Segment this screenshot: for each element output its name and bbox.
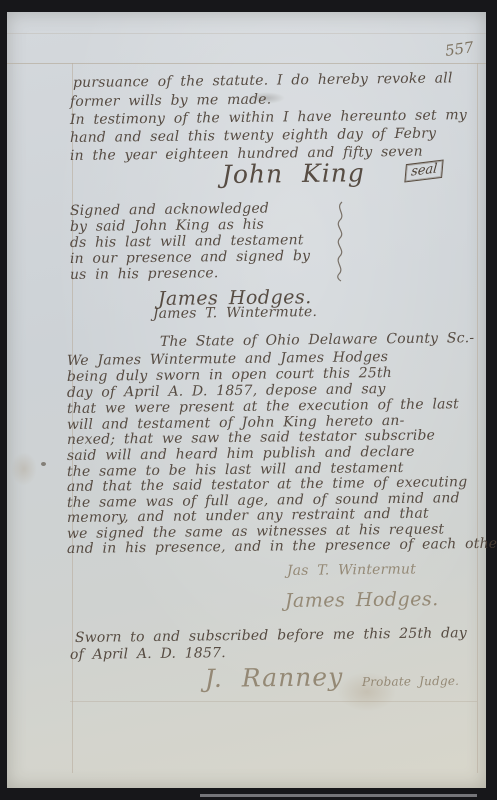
manuscript-line: in our presence and signed by [70,248,311,267]
witness-signature: James T. Wintermute. [153,304,317,322]
testator-signature: John King [222,158,365,189]
witness-signature: James Hodges. [285,588,439,612]
manuscript-line: of April A. D. 1857. [70,645,226,663]
judge-title: Probate Judge. [362,674,459,689]
scanner-bed-edge [200,794,477,797]
header-rule-line [7,63,486,64]
faint-rule-line [7,33,486,34]
probate-heading: The State of Ohio Delaware County Sc.- [160,330,475,350]
manuscript-line: hand and seal this twenty eighth day of … [70,126,436,146]
seal-box: seal [404,160,444,183]
manuscript-line: pursuance of the statute. I do hereby re… [73,70,453,91]
manuscript-line: Sworn to and subscribed before me this 2… [75,625,467,646]
paper-stain [11,452,37,486]
page-number: 557 [444,38,475,60]
attestation-brace [333,200,347,282]
manuscript-line: former wills by me made. [70,92,272,110]
judge-signature: J. Ranney [205,662,344,693]
ink-spot [41,462,46,466]
manuscript-line: In testimony of the within I have hereun… [70,107,467,128]
margin-rule-right [477,63,478,773]
seal-label: seal [410,161,437,179]
manuscript-line: us in his presence. [70,265,219,283]
scanned-page: 557 pursuance of the statute. I do hereb… [0,0,497,800]
witness-signature: Jas T. Wintermut [287,561,416,579]
footer-rule-line [70,701,477,702]
ledger-paper: 557 pursuance of the statute. I do hereb… [7,12,486,788]
